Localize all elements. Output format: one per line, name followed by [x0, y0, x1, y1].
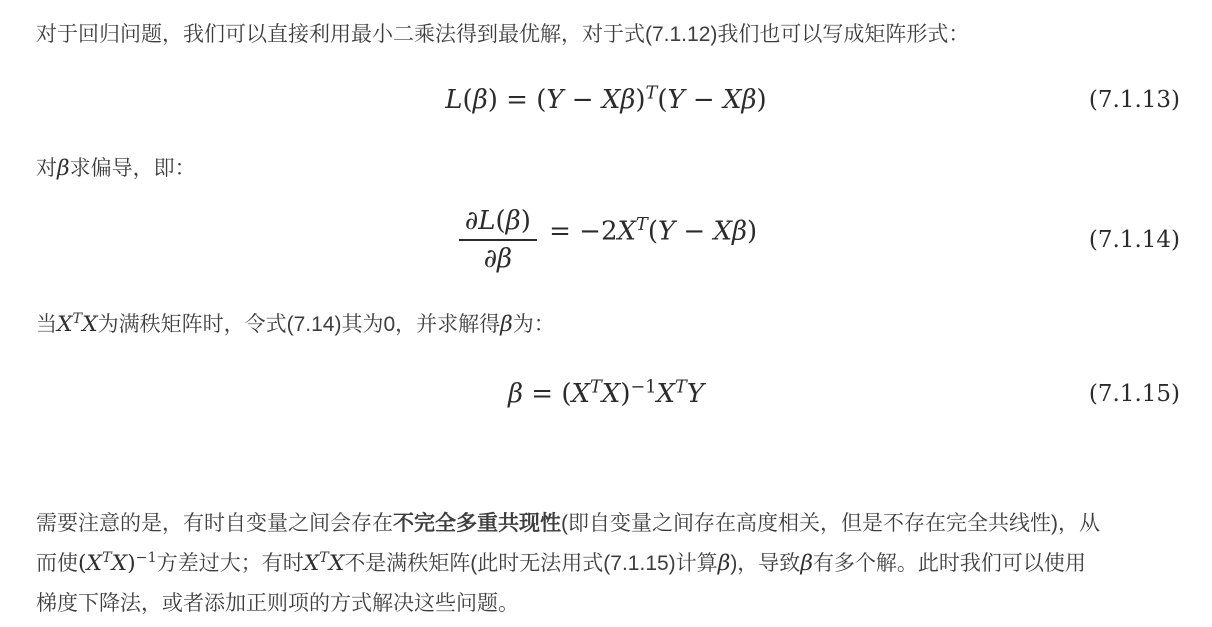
math-segment: β [718, 551, 731, 576]
math-segment: X [571, 379, 590, 409]
text-segment: 需要注意的是，有时自变量之间会存在 [36, 512, 393, 535]
math-segment: X [57, 312, 73, 337]
math-segment: Xβ [713, 217, 747, 247]
math-segment: ) [747, 217, 757, 247]
math-segment: X [112, 551, 128, 576]
math-superscript: T [590, 377, 602, 397]
math-segment: Y [687, 379, 704, 409]
equation-number-7-1-14: (7.1.14) [1089, 227, 1180, 253]
math-superscript: T [636, 215, 648, 235]
text-segment: )，导致 [730, 552, 800, 575]
fraction: ∂L(β)∂β [459, 206, 537, 274]
math-segment: ) [757, 85, 767, 115]
math-segment: Y [668, 85, 685, 115]
math-segment: ) [127, 551, 136, 576]
text-segment: 为满秩矩阵时，令式(7.14)其为0，并求解得 [98, 313, 501, 336]
fraction-numerator: ∂L(β) [459, 206, 537, 241]
math-segment: ) [635, 85, 645, 115]
math-segment: β [508, 379, 523, 409]
derivative-intro-paragraph: 对β求偏导，即： [0, 154, 1212, 184]
math-segment: − [675, 217, 713, 247]
equation-row-7-1-15: β = (XTX)−1XTY (7.1.15) [0, 370, 1212, 418]
math-segment: X [304, 551, 320, 576]
equation-number-7-1-13: (7.1.13) [1089, 87, 1180, 113]
math-segment: X [329, 551, 345, 576]
equation-7-1-15: β = (XTX)−1XTY [508, 379, 704, 409]
equation-7-1-13: L(β) = (Y − Xβ)T(Y − Xβ) [445, 85, 766, 115]
math-segment: X [602, 379, 621, 409]
math-segment: β [800, 551, 813, 576]
math-segment: X [87, 551, 103, 576]
equation-7-1-14: ∂L(β)∂β = −2XT(Y − Xβ) [455, 206, 757, 274]
math-segment: = −2 [541, 217, 618, 247]
math-segment: ( [78, 551, 87, 576]
math-segment: Y [658, 217, 675, 247]
math-segment: β [57, 156, 70, 181]
math-superscript: T [73, 311, 83, 327]
math-segment: ( [657, 85, 667, 115]
text-segment: 当 [36, 313, 57, 336]
equation-number-7-1-15: (7.1.15) [1089, 381, 1180, 407]
math-superscript: T [675, 377, 687, 397]
text-segment: 方差过大；有时 [157, 552, 304, 575]
equation-row-7-1-13: L(β) = (Y − Xβ)T(Y − Xβ) (7.1.13) [0, 76, 1212, 124]
math-segment: β [506, 206, 521, 236]
text-segment: 对 [36, 157, 57, 180]
math-segment: X [618, 217, 637, 247]
math-segment: ) [620, 379, 630, 409]
text-segment: 求偏导，即： [70, 157, 196, 180]
text-segment: 对于回归问题，我们可以直接利用最小二乘法得到最优解，对于式(7.1.12)我们也… [36, 23, 969, 46]
math-superscript: T [319, 550, 329, 566]
full-rank-paragraph: 当XTX为满秩矩阵时，令式(7.14)其为0，并求解得β为： [0, 310, 1212, 340]
math-segment: ( [648, 217, 658, 247]
math-segment: Y [546, 85, 563, 115]
math-segment: Xβ [602, 85, 636, 115]
math-segment: − [685, 85, 723, 115]
math-segment: β [473, 85, 488, 115]
math-segment: ∂β [484, 244, 512, 274]
multicollinearity-note-paragraph: 需要注意的是，有时自变量之间会存在不完全多重共现性(即自变量之间存在高度相关，但… [0, 504, 1212, 624]
math-segment: = ( [523, 379, 571, 409]
math-segment: ( [463, 85, 473, 115]
math-segment: ( [496, 206, 506, 236]
math-superscript: T [102, 550, 112, 566]
math-segment: X [657, 379, 676, 409]
text-segment: 不是满秩矩阵(此时无法用式(7.1.15)计算 [344, 552, 717, 575]
text-segment: 不完全多重共现性 [393, 512, 561, 535]
math-superscript: −1 [136, 550, 157, 566]
equation-row-7-1-14: ∂L(β)∂β = −2XT(Y − Xβ) (7.1.14) [0, 198, 1212, 282]
math-segment: ∂L [465, 206, 496, 236]
math-superscript: −1 [630, 377, 656, 397]
text-segment: 为： [513, 313, 555, 336]
math-segment: X [82, 312, 98, 337]
document-page: { "page": { "background": "#ffffff", "te… [0, 0, 1212, 627]
math-superscript: T [646, 83, 658, 103]
math-segment: L [445, 85, 462, 115]
fraction-denominator: ∂β [459, 241, 537, 274]
math-segment: ) [521, 206, 531, 236]
intro-paragraph: 对于回归问题，我们可以直接利用最小二乘法得到最优解，对于式(7.1.12)我们也… [0, 20, 1212, 50]
math-segment: ) = ( [488, 85, 547, 115]
math-segment: Xβ [723, 85, 757, 115]
math-segment: β [500, 312, 513, 337]
math-segment: − [564, 85, 602, 115]
